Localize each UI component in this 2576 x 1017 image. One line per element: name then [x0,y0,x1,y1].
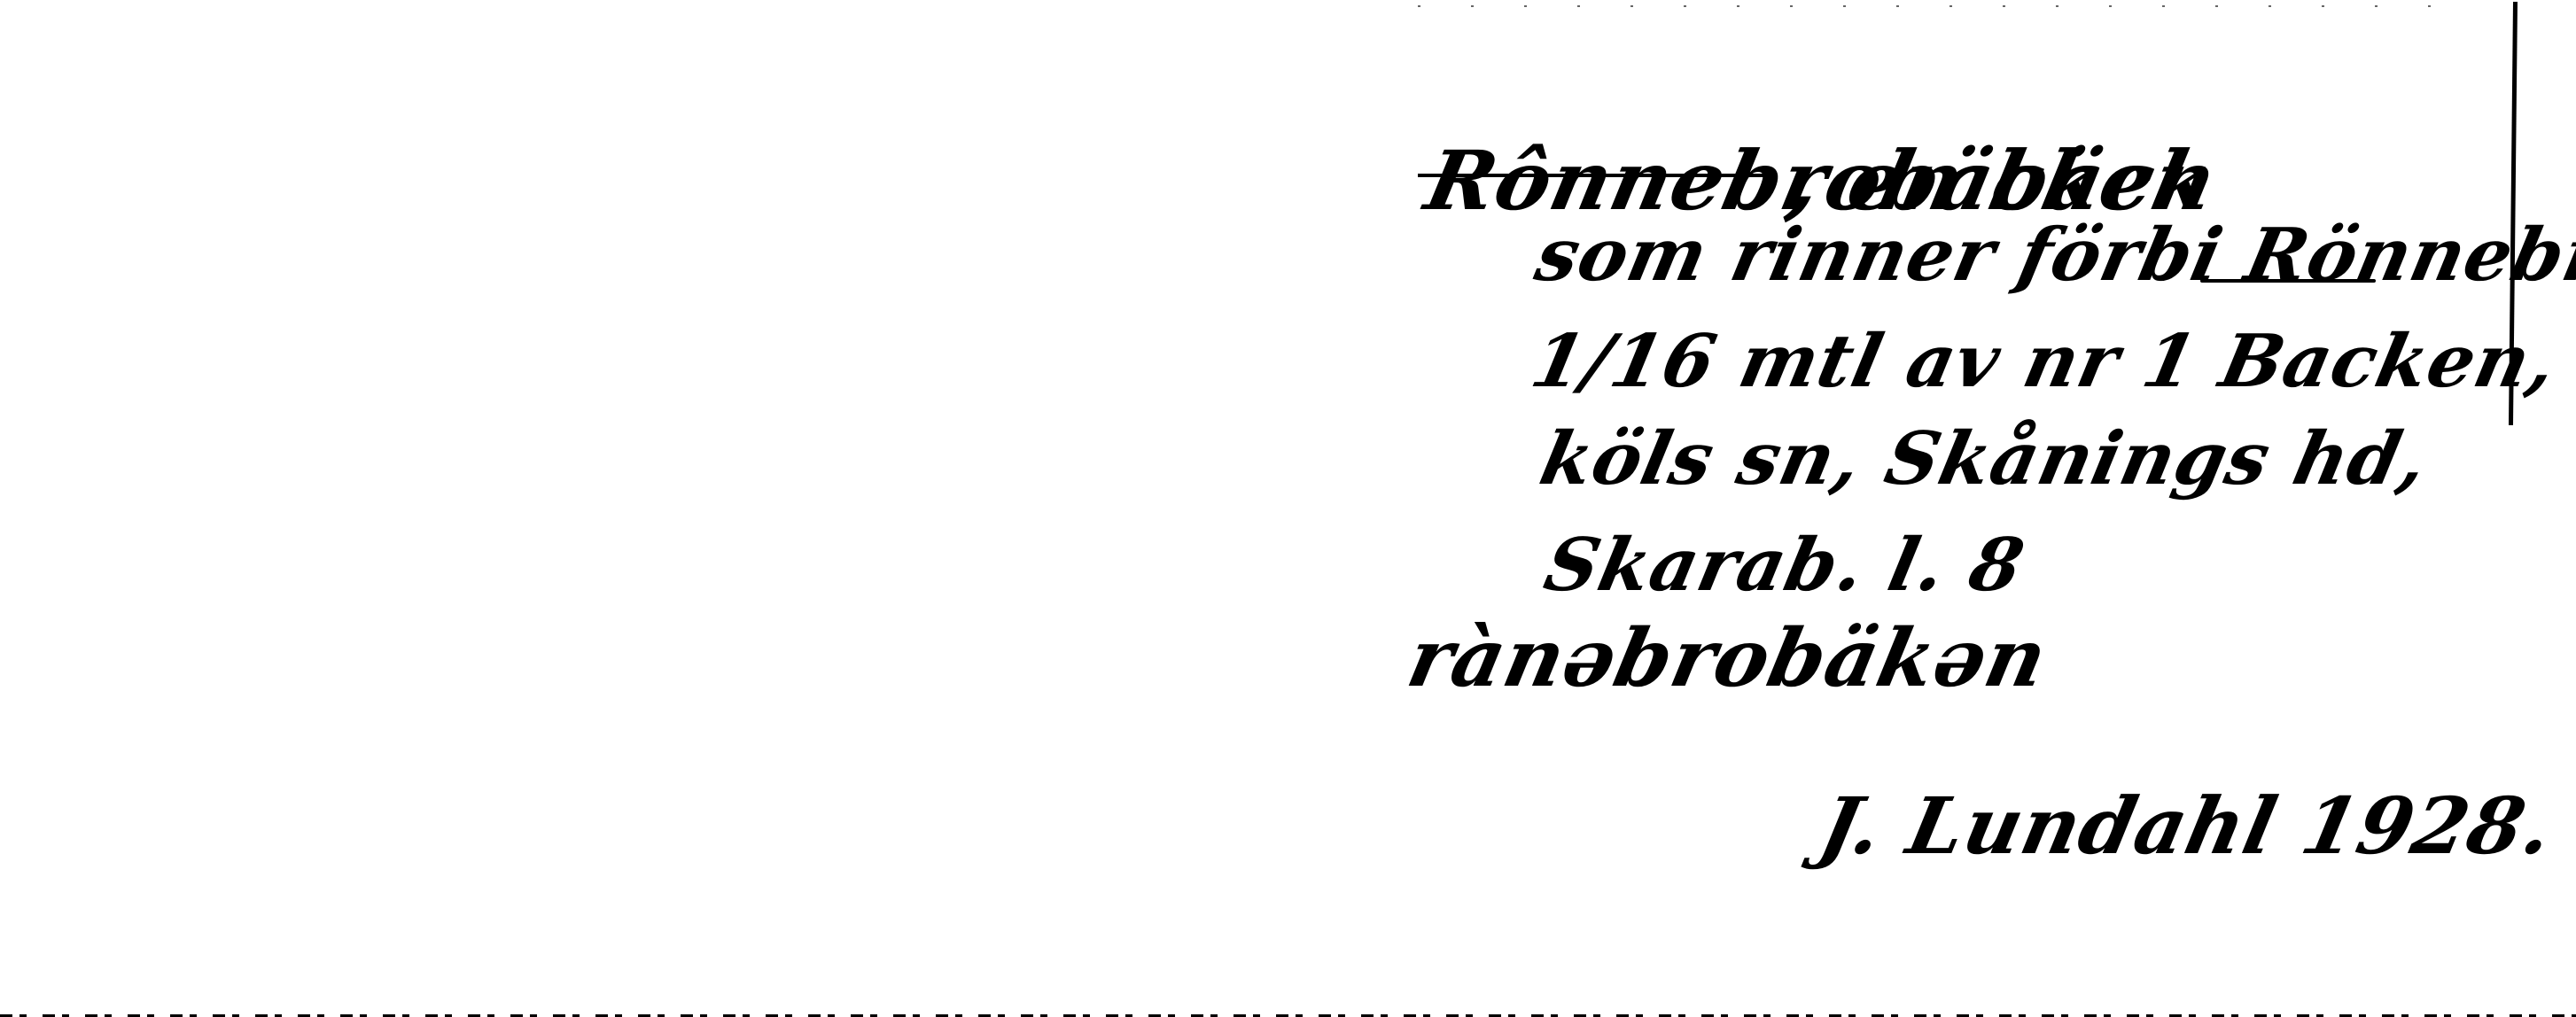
body-line-3: köls sn, Skånings hd, [1533,416,2436,501]
phonetic-transcription: rànəbrobäkən [1400,611,2056,705]
body-line-4: Skarab. l. 8 [1537,523,2032,608]
index-card: Rônnebrobäcken , en bäck som rinner förb… [0,0,2576,1017]
body-line-1: som rinner förbi Rönnebro, [1529,213,2576,298]
scan-artifacts [1418,5,2481,7]
body-line-2: 1/16 mtl av nr 1 Backen, Vin- [1524,319,2576,404]
place-underline [2200,279,2376,283]
signature-date: J. Lundahl 1928. [1812,780,2562,872]
headword-underline [1418,174,1768,177]
